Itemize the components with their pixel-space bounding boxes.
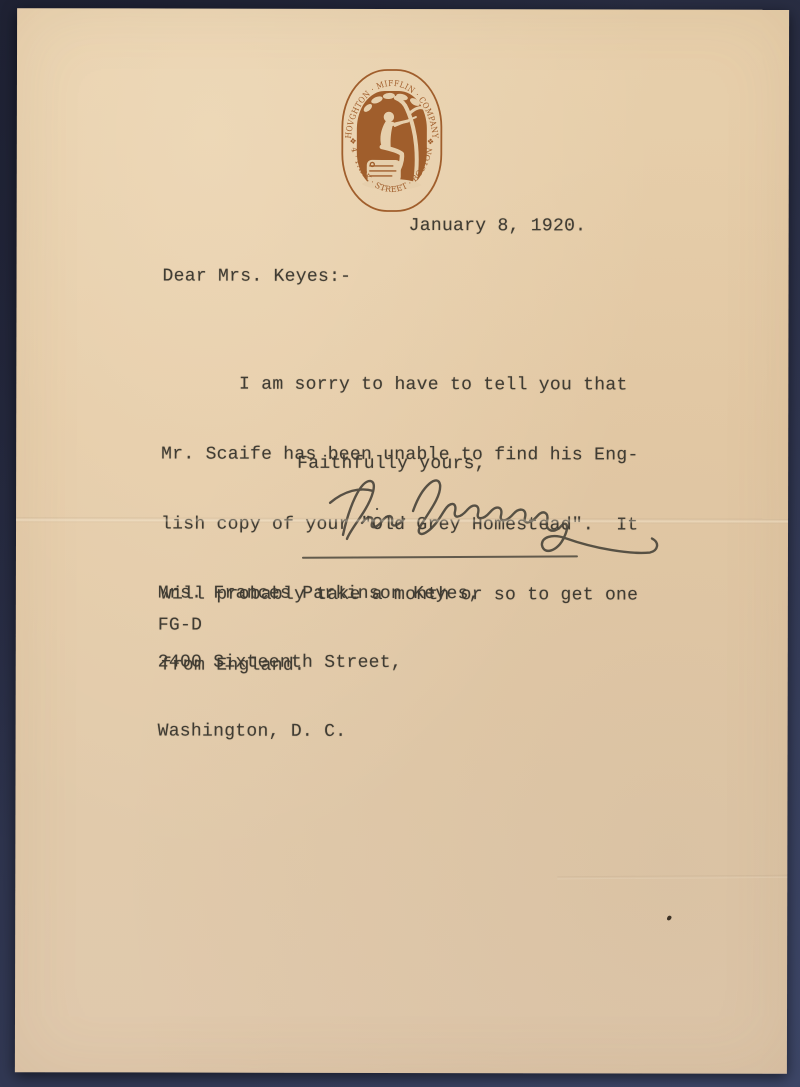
ink-speck [666,915,672,921]
recipient-city: Washington, D. C. [158,720,480,744]
recipient-street: 2400 Sixteenth Street, [158,651,480,675]
recipient-name: Mrs. Frances Parkinson Keyes, [158,582,480,606]
body-line: I am sorry to have to tell you that [161,373,638,397]
date-line: January 8, 1920. [409,215,587,239]
recipient-address: Mrs. Frances Parkinson Keyes, 2400 Sixte… [157,536,479,790]
letter-paper: HOVGHTON · MIFFLIN · COMPANY ❖ 4 · PARK … [15,8,789,1074]
publisher-logo: HOVGHTON · MIFFLIN · COMPANY ❖ 4 · PARK … [339,67,445,215]
photo-background: HOVGHTON · MIFFLIN · COMPANY ❖ 4 · PARK … [0,0,800,1087]
fold-crease [16,517,788,524]
reference-initials: FG-D [158,614,202,637]
salutation: Dear Mrs. Keyes:- [163,265,352,289]
corner-crease [557,875,787,880]
